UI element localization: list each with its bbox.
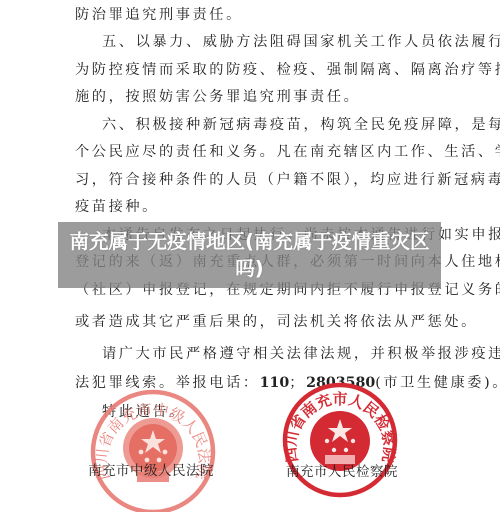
document-line: 或者造成其它严重后果的，司法机关将依法从严惩处。 [75,313,427,331]
title-overlay-banner[interactable]: 南充属于无疫情地区(南充属于疫情重灾区吗) [58,222,441,288]
procuratorate-seal: 四川省南充市人民检察院 [281,381,399,499]
court-seal-emblem-icon: 四川省南充市中级人民法院 [89,388,217,512]
procuratorate-seal-emblem-icon: 四川省南充市人民检察院 [281,381,399,499]
document-line: 疫苗接种。 [75,198,427,216]
document-line: 防治罪追究刑事责任。 [75,6,427,24]
article-title[interactable]: 南充属于无疫情地区(南充属于疫情重灾区吗) [58,228,441,282]
procuratorate-name-label: 南充市人民检察院 [286,460,398,480]
court-seal: 四川省南充市中级人民法院 [89,388,217,512]
document-line: 五、以暴力、威胁方法阻碍国家机关工作人员依法履行 [102,33,427,51]
document-line: 六、积极接种新冠病毒疫苗，构筑全民免疫屏障，是每 [102,116,427,134]
document-line: 为防控疫情而采取的防疫、检疫、强制隔离、隔离治疗等措 [75,61,427,79]
document-line: 习，符合接种条件的人员（户籍不限），均应进行新冠病毒 [75,171,427,189]
document-line: 请广大市民严格遵守相关法律法规，并积极举报涉疫违 [102,345,427,363]
document-line: 个公民应尽的责任和义务。凡在南充辖区内工作、生活、学 [75,143,427,161]
document-line: 施的，按照妨害公务罪追究刑事责任。 [75,88,427,106]
court-name-label: 南充市中级人民法院 [88,459,214,479]
document-page: 防治罪追究刑事责任。五、以暴力、威胁方法阻碍国家机关工作人员依法履行为防控疫情而… [0,0,500,512]
